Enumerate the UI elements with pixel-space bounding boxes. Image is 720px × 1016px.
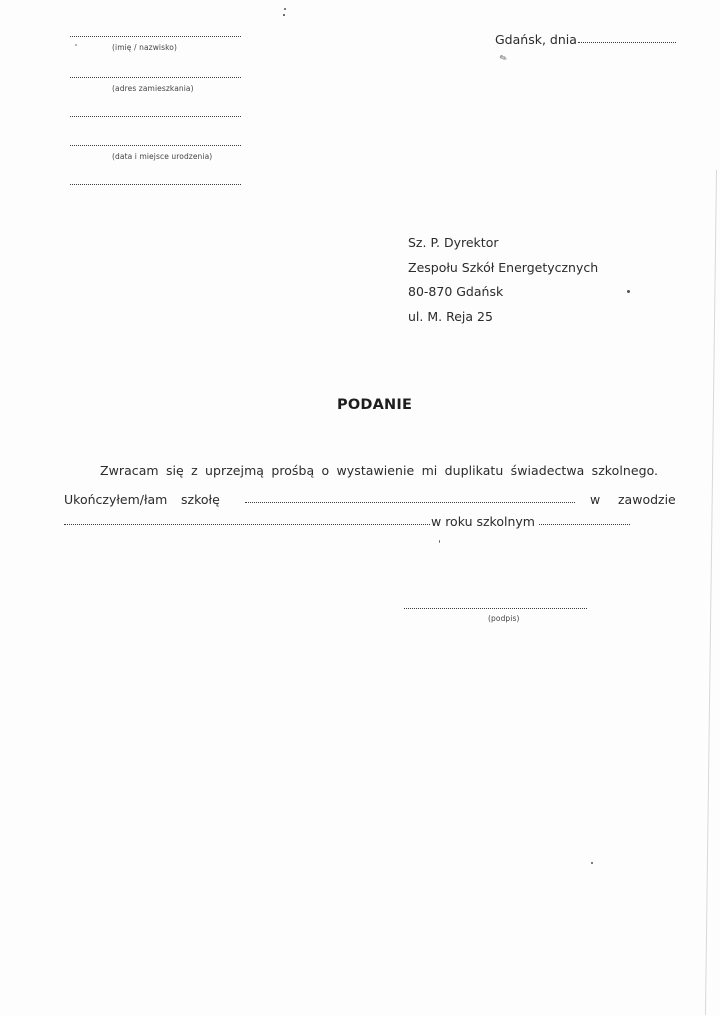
school-name-field[interactable]: [245, 500, 575, 503]
body-line-2-prefix: Ukończyłem/łam: [64, 492, 167, 507]
scan-edge-line: [705, 170, 717, 1015]
recipient-line: ul. M. Reja 25: [408, 309, 493, 324]
scan-speck: [283, 14, 285, 16]
body-line-3-mid: w roku szkolnym: [431, 514, 535, 529]
address-field-2[interactable]: [70, 114, 241, 117]
recipient-line: 80-870 Gdańsk: [408, 284, 503, 299]
document-page: (imię / nazwisko) (adres zamieszkania) (…: [0, 0, 720, 1016]
profession-field[interactable]: [64, 522, 430, 525]
birth-field-label: (data i miejsce urodzenia): [112, 152, 212, 161]
scan-speck: [284, 8, 286, 10]
extra-field[interactable]: [70, 182, 241, 185]
scan-speck: [591, 862, 593, 864]
address-field[interactable]: [70, 75, 241, 78]
body-line-2-w: w: [590, 492, 600, 507]
scan-speck: [75, 44, 77, 46]
date-field[interactable]: [578, 40, 676, 43]
name-field[interactable]: [70, 34, 241, 37]
place-date-label: Gdańsk, dnia: [495, 32, 577, 47]
scan-speck: [627, 290, 630, 293]
name-field-label: (imię / nazwisko): [112, 43, 177, 52]
body-line-2-word: szkołę: [181, 492, 220, 507]
address-field-label: (adres zamieszkania): [112, 84, 194, 93]
recipient-line: Zespołu Szkół Energetycznych: [408, 260, 598, 275]
scan-speck: [439, 540, 440, 543]
body-line-2-zawodzie: zawodzie: [618, 492, 676, 507]
document-title: PODANIE: [337, 397, 412, 413]
school-year-field[interactable]: [539, 522, 630, 525]
recipient-line: Sz. P. Dyrektor: [408, 235, 499, 250]
signature-label: (podpis): [488, 614, 520, 623]
birth-field[interactable]: [70, 143, 241, 146]
signature-field[interactable]: [404, 606, 587, 609]
pen-mark-icon: ✎: [499, 53, 510, 65]
body-line-1: Zwracam się z uprzejmą prośbą o wystawie…: [100, 463, 658, 478]
